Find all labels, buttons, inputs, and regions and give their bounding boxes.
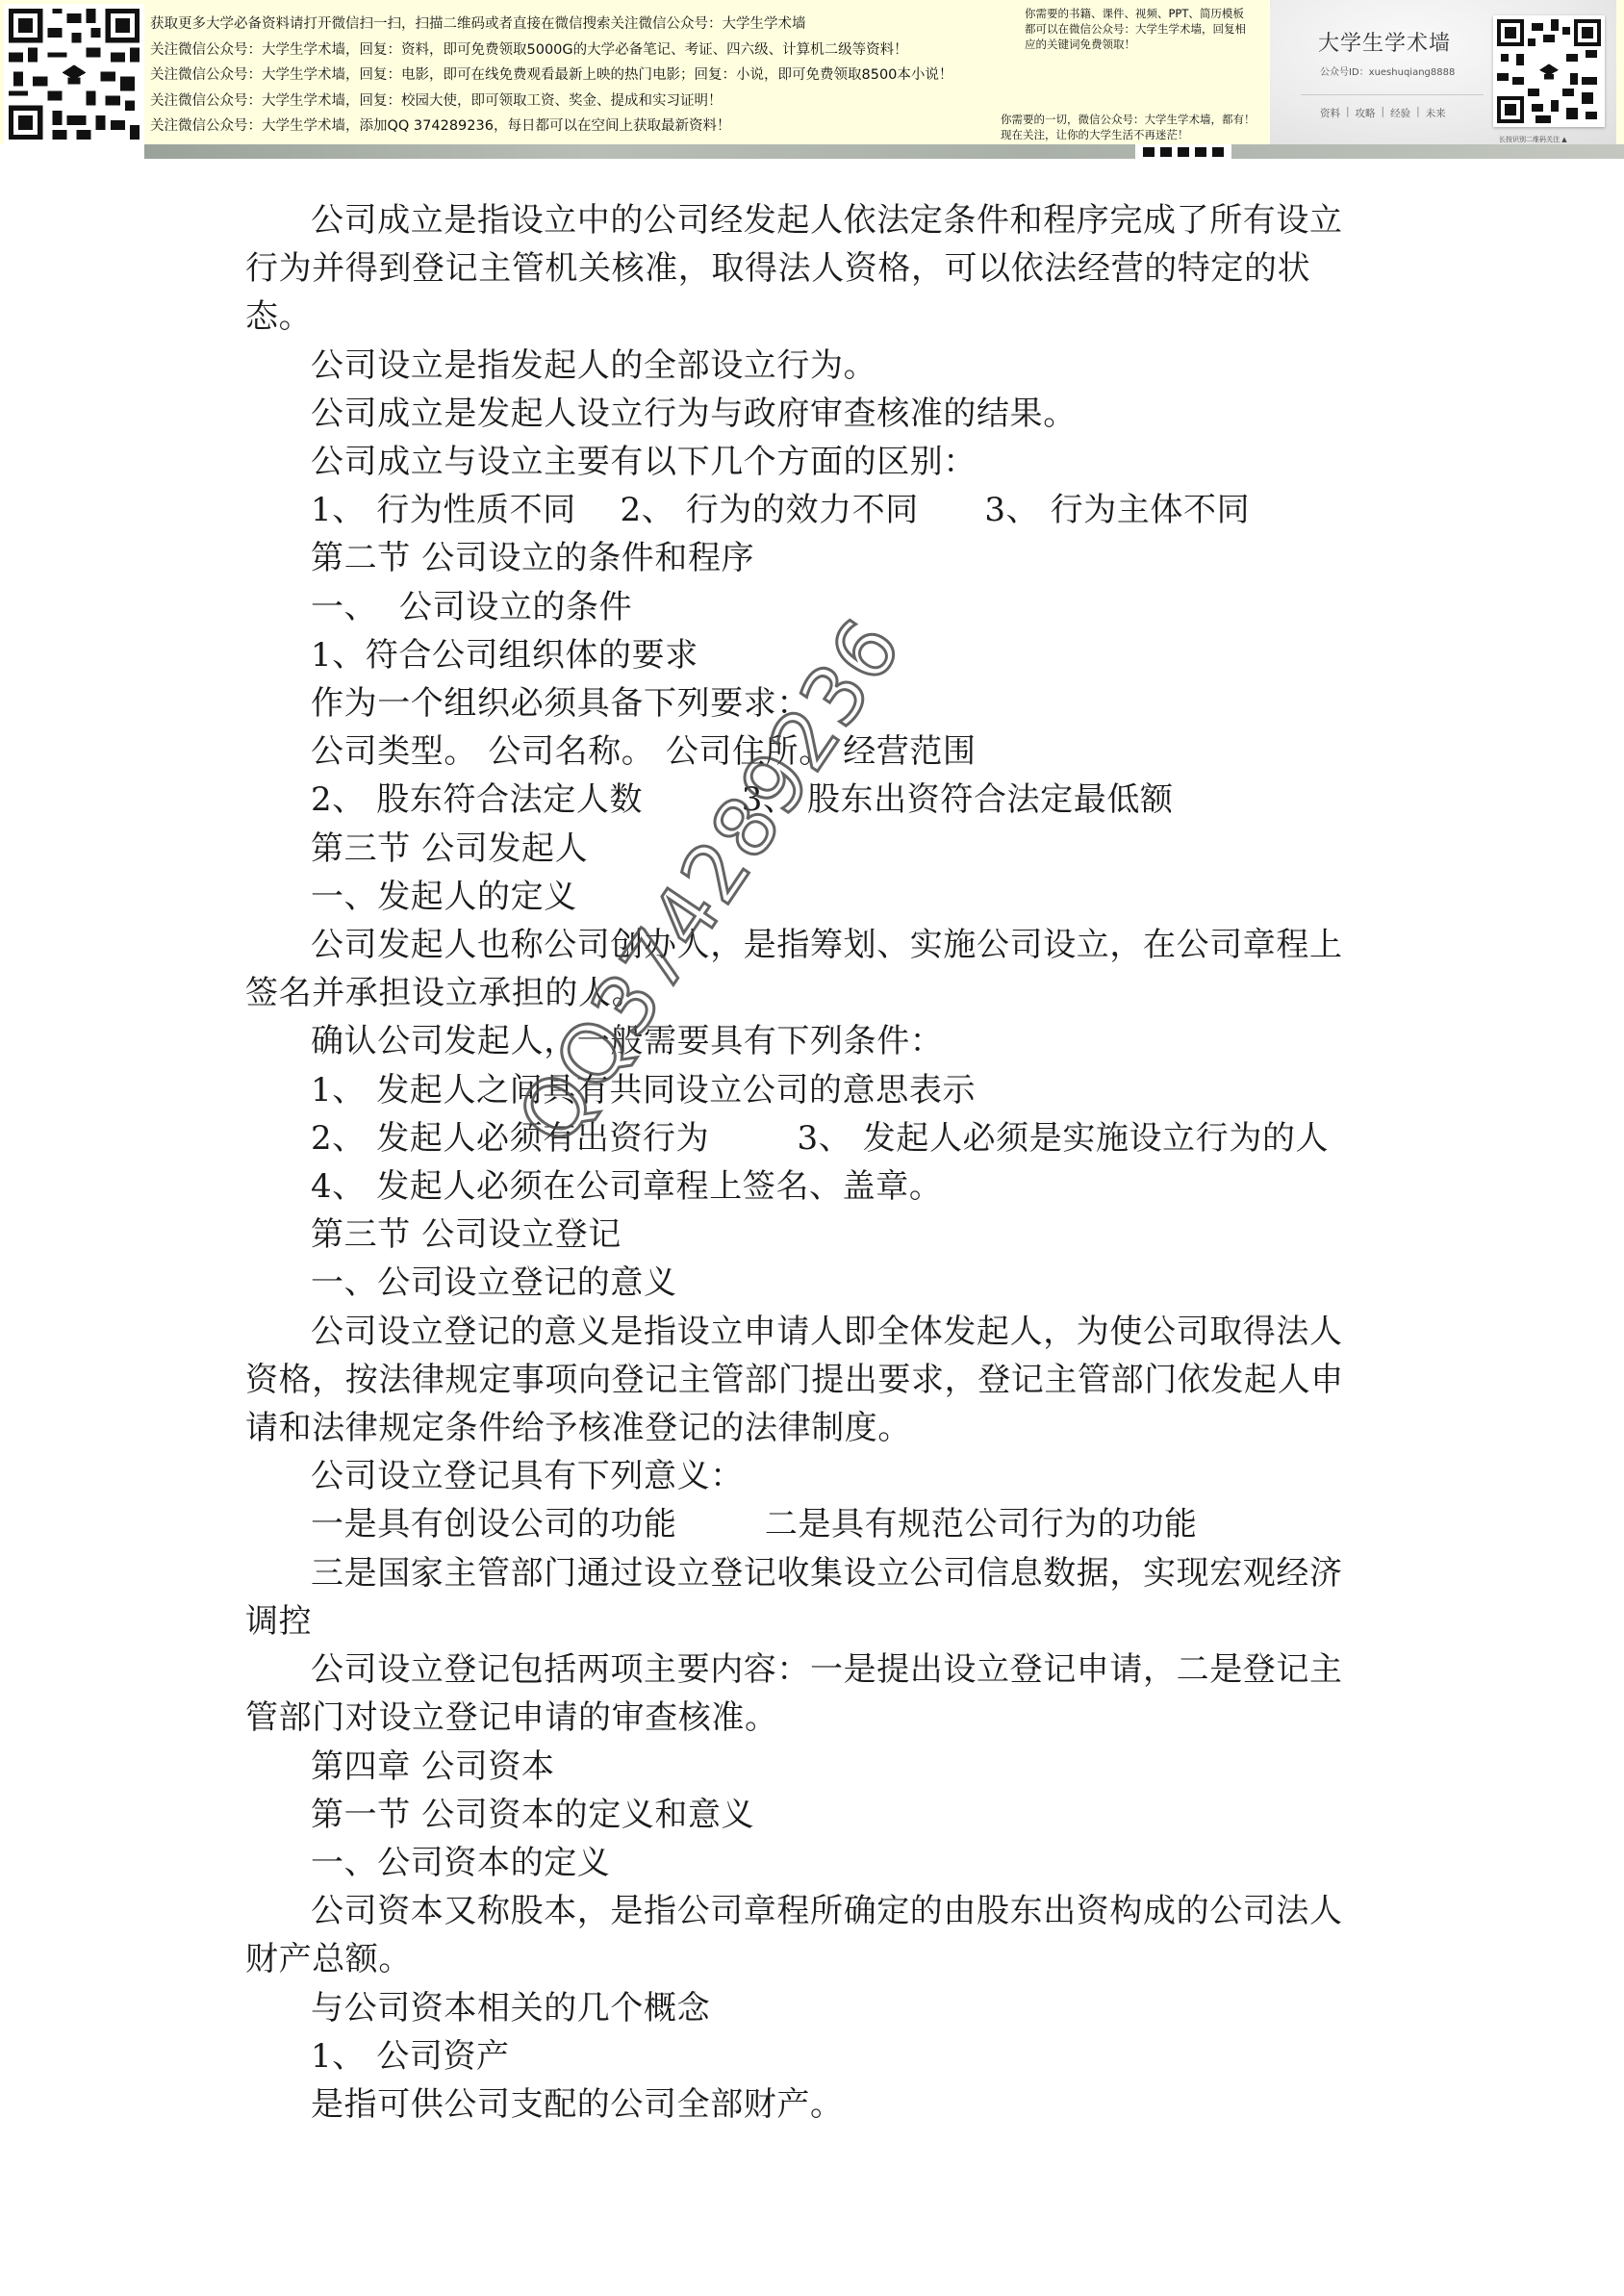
section-heading: 第三节 公司发起人: [245, 825, 1361, 873]
subsection-heading: 一、公司资本的定义: [245, 1839, 1361, 1887]
section-heading: 第一节 公司资本的定义和意义: [245, 1791, 1361, 1839]
list-line: 2、 发起人必须有出资行为 3、 发起人必须是实施设立行为的人: [245, 1114, 1361, 1162]
banner-note-follow: 你需要的一切，微信公众号：大学生学术墙，都有！ 现在关注，让你的大学生活不再迷茫…: [1001, 112, 1256, 142]
note-line: 你需要的书籍、课件、视频、PPT、简历模板: [1025, 6, 1246, 21]
tag-separator: |: [1346, 106, 1350, 120]
subsection-heading: 一、 公司设立的条件: [245, 583, 1361, 631]
banner-text-panel: 获取更多大学必备资料请打开微信扫一扫，扫描二维码或者直接在微信搜索关注微信公众号…: [0, 0, 1270, 144]
paragraph: 公司设立是指发起人的全部设立行为。: [245, 342, 1361, 390]
tag: 经验: [1390, 106, 1410, 120]
paragraph: 是指可供公司支配的公司全部财产。: [245, 2080, 1361, 2129]
banner-line: 关注微信公众号：大学生学术墙，回复：电影，即可在线免费观看最新上映的热门电影；回…: [150, 63, 1016, 89]
note-line: 都可以在微信公众号：大学生学术墙，回复相: [1025, 21, 1246, 37]
banner-line: 关注微信公众号：大学生学术墙，回复：资料，即可免费领取5000G的大学必备笔记、…: [150, 38, 1016, 64]
account-title: 大学生学术墙: [1318, 27, 1451, 57]
banner-line: 关注微信公众号：大学生学术墙，回复：校园大使，即可领取工资、奖金、提成和实习证明…: [150, 89, 1016, 115]
tag-separator: |: [1382, 106, 1385, 120]
chapter-heading: 第四章 公司资本: [245, 1743, 1361, 1791]
document-body: 公司成立是指设立中的公司经发起人依法定条件和程序完成了所有设立行为并得到登记主管…: [245, 196, 1361, 2129]
subsection-heading: 一、发起人的定义: [245, 873, 1361, 921]
banner-note-resources: 你需要的书籍、课件、视频、PPT、简历模板 都可以在微信公众号：大学生学术墙，回…: [1025, 6, 1246, 52]
account-card: 大学生学术墙 公众号ID：xueshuqiang8888 资料 | 攻略 | 经…: [1270, 0, 1624, 144]
account-id: 公众号ID：xueshuqiang8888: [1320, 64, 1455, 78]
banner-line: 获取更多大学必备资料请打开微信扫一扫，扫描二维码或者直接在微信搜索关注微信公众号…: [150, 12, 1016, 38]
note-line: 现在关注，让你的大学生活不再迷茫！: [1001, 127, 1256, 142]
banner-line: 关注微信公众号：大学生学术墙，添加QQ 374289236，每日都可以在空间上获…: [150, 114, 1016, 140]
qr-fragment: [1135, 144, 1231, 159]
list-line: 1、 行为性质不同 2、 行为的效力不同 3、 行为主体不同: [245, 486, 1361, 534]
note-line: 你需要的一切，微信公众号：大学生学术墙，都有！: [1001, 112, 1256, 127]
paragraph: 公司成立是发起人设立行为与政府审查核准的结果。: [245, 390, 1361, 438]
banner-promo-lines: 获取更多大学必备资料请打开微信扫一扫，扫描二维码或者直接在微信搜索关注微信公众号…: [150, 12, 1016, 140]
paragraph: 公司成立与设立主要有以下几个方面的区别：: [245, 438, 1361, 486]
section-heading: 第二节 公司设立的条件和程序: [245, 534, 1361, 582]
paragraph: 公司发起人也称公司创办人，是指筹划、实施公司设立，在公司章程上签名并承担设立承担…: [245, 921, 1361, 1017]
banner-texture-strip: [144, 144, 1624, 159]
paragraph: 公司设立登记具有下列意义：: [245, 1452, 1361, 1500]
paragraph: 公司设立登记的意义是指设立申请人即全体发起人，为使公司取得法人资格，按法律规定事…: [245, 1308, 1361, 1453]
list-item: 4、 发起人必须在公司章程上签名、盖章。: [245, 1162, 1361, 1211]
list-item: 1、 发起人之间具有共同设立公司的意思表示: [245, 1066, 1361, 1114]
paragraph: 与公司资本相关的几个概念: [245, 1984, 1361, 2032]
qr-code-icon[interactable]: [4, 4, 144, 144]
tag: 未来: [1426, 106, 1446, 120]
qr-caption: 长按识别二维码关注 ▲: [1499, 135, 1567, 144]
tag: 攻略: [1356, 106, 1376, 120]
promo-banner: 获取更多大学必备资料请打开微信扫一扫，扫描二维码或者直接在微信搜索关注微信公众号…: [0, 0, 1624, 159]
paragraph: 确认公司发起人，一般需要具有下列条件：: [245, 1017, 1361, 1065]
paragraph: 公司资本又称股本，是指公司章程所确定的由股东出资构成的公司法人财产总额。: [245, 1887, 1361, 1983]
tag: 资料: [1320, 106, 1340, 120]
list-item: 1、 公司资产: [245, 2032, 1361, 2080]
account-tags: 资料 | 攻略 | 经验 | 未来: [1320, 106, 1446, 120]
paragraph: 公司成立是指设立中的公司经发起人依法定条件和程序完成了所有设立行为并得到登记主管…: [245, 196, 1361, 342]
subsection-heading: 一、公司设立登记的意义: [245, 1259, 1361, 1307]
paragraph: 公司设立登记包括两项主要内容：一是提出设立登记申请，二是登记主管部门对设立登记申…: [245, 1645, 1361, 1742]
qr-code-icon[interactable]: [1493, 15, 1605, 127]
section-heading: 第三节 公司设立登记: [245, 1211, 1361, 1259]
list-line: 一是具有创设公司的功能 二是具有规范公司行为的功能: [245, 1500, 1361, 1548]
tag-separator: |: [1416, 106, 1420, 120]
divider: [1301, 94, 1484, 95]
paragraph: 三是国家主管部门通过设立登记收集设立公司信息数据，实现宏观经济调控: [245, 1549, 1361, 1645]
note-line: 应的关键词免费领取！: [1025, 37, 1246, 52]
